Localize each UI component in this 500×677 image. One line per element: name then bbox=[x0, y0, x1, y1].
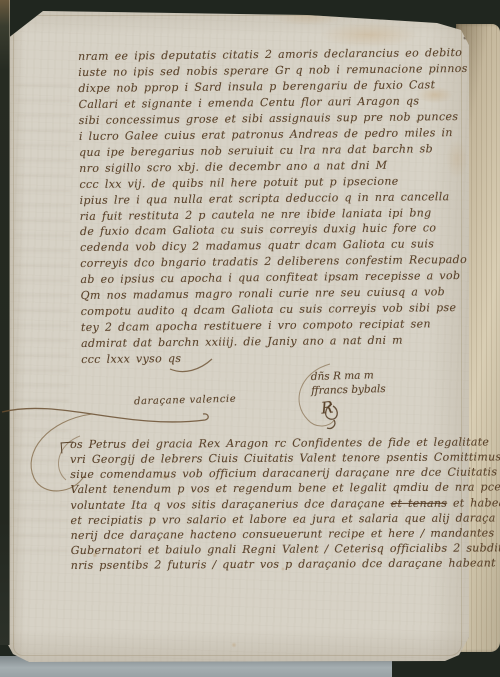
verso-show-through bbox=[12, 84, 71, 554]
struck-words: et tenans bbox=[391, 496, 448, 509]
manuscript-line: nris psentibs 2 futuris / quatr vos p da… bbox=[71, 556, 475, 574]
chancery-signature: dñs R ma m ffrancs bybals bbox=[311, 369, 386, 398]
binding-gutter bbox=[0, 0, 10, 645]
paragraph-latin-1: nram ee ipis deputatis citatis 2 amoris … bbox=[78, 45, 475, 368]
signature-line-2: ffrancs bybals bbox=[311, 383, 386, 398]
manuscript-photo: nram ee ipis deputatis citatis 2 amoris … bbox=[0, 0, 500, 677]
signature-paraph: R bbox=[320, 397, 334, 417]
paragraph-latin-2: os Petrus dei gracia Rex Aragon rc Confi… bbox=[70, 435, 475, 574]
